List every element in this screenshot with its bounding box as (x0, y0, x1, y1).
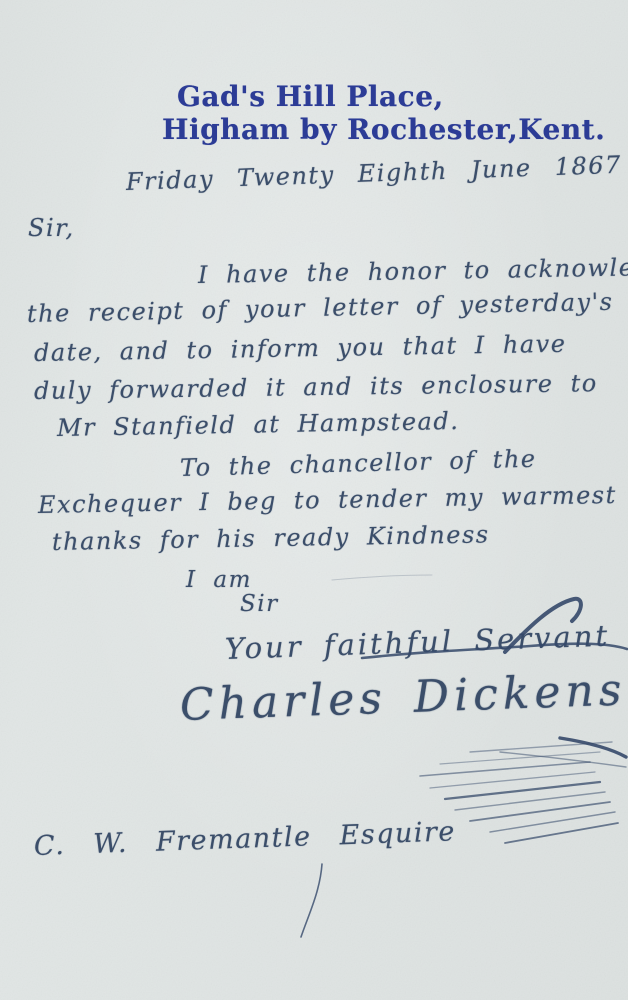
closing-line-faithful-servant: Your faithful Servant (224, 619, 610, 666)
signature-charles-dickens: Charles Dickens (179, 664, 627, 731)
body-paragraph1-line: the receipt of your letter of yesterday'… (27, 288, 614, 328)
letterhead-address-line-2: Higham by Rochester,Kent. (162, 113, 605, 146)
body-paragraph1-line: I have the honor to acknowledge (198, 253, 628, 289)
signature-underline-2 (500, 752, 626, 767)
letter-page: Gad's Hill Place, Higham by Rochester,Ke… (0, 0, 628, 1000)
faint-dash (332, 575, 432, 580)
letterhead-address-line-1: Gad's Hill Place, (177, 80, 444, 113)
body-paragraph2-line: Exchequer I beg to tender my warmest (38, 481, 617, 519)
closing-line-i-am: I am (186, 567, 252, 593)
esquire-tail (301, 864, 322, 937)
closing-line-sir: Sir (240, 591, 279, 617)
body-paragraph2-line: thanks for his ready Kindness (52, 520, 490, 556)
body-paragraph1-line: date, and to inform you that I have (34, 330, 567, 367)
body-paragraph1-line: duly forwarded it and its enclosure to (34, 369, 598, 405)
signature-underline (560, 738, 626, 757)
addressee-line: C. W. Fremantle Esquire (33, 816, 456, 862)
date-line: Friday Twenty Eighth June 1867 (126, 151, 623, 196)
body-paragraph1-line: Mr Stanfield at Hampstead. (57, 407, 460, 442)
salutation: Sir, (28, 214, 75, 242)
body-paragraph2-line: To the chancellor of the (180, 445, 537, 482)
